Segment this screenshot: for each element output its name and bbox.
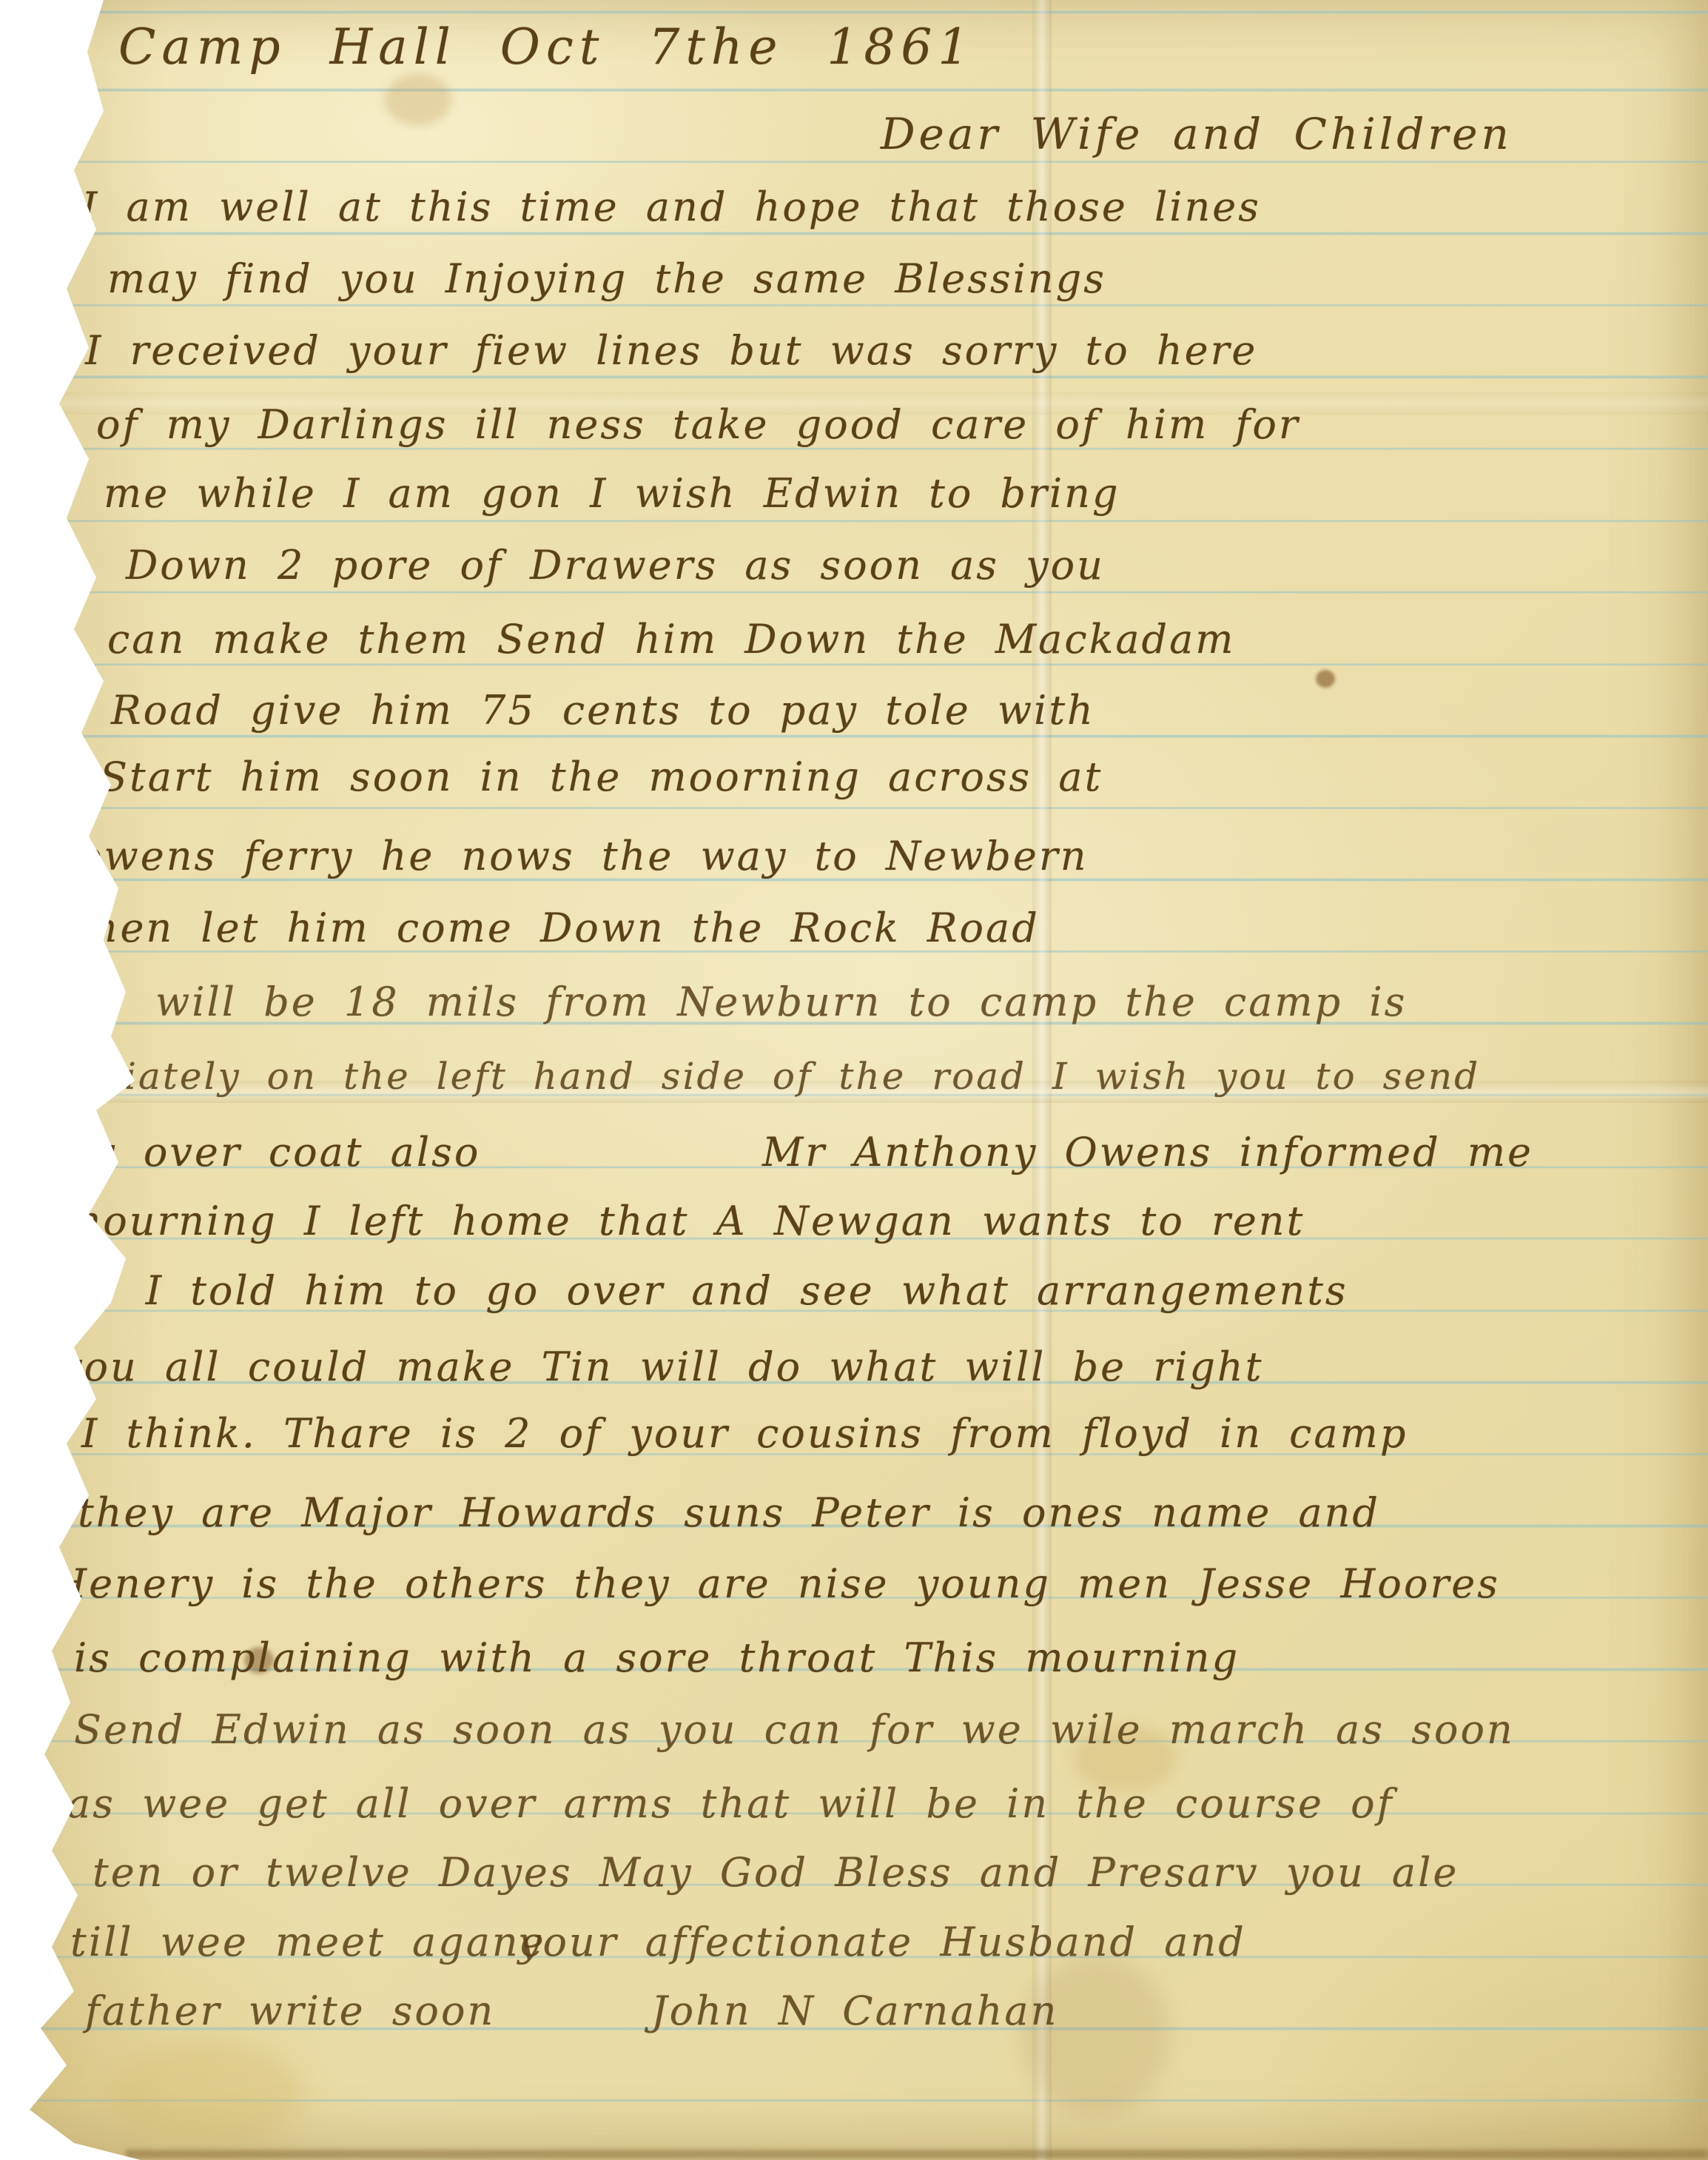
bottom-edge-shadow xyxy=(126,2150,1708,2159)
ink-blot xyxy=(1316,670,1335,688)
letter-line: owens ferry he nows the way to Newbern xyxy=(78,834,1088,878)
letter-line: then let him come Down the Rock Road xyxy=(74,906,1040,950)
letter-line: and I told him to go over and see what a… xyxy=(37,1269,1348,1312)
letter-line: Send Edwin as soon as you can for we wil… xyxy=(74,1708,1515,1751)
paper-sheet: Camp Hall Oct 7the 1861 Dear Wife and Ch… xyxy=(0,0,1708,2160)
scanned-letter-page: Camp Hall Oct 7the 1861 Dear Wife and Ch… xyxy=(0,0,1708,2160)
letter-line: can make them Send him Down the Mackadam xyxy=(107,617,1236,661)
letter-line: you all could make Tin will do what will… xyxy=(59,1345,1263,1389)
letter-line: I think. Thare is 2 of your cousins from… xyxy=(81,1412,1408,1455)
letter-line: me while I am gon I wish Edwin to bring xyxy=(104,472,1120,515)
letter-signoff: father write soon xyxy=(85,1989,495,2033)
stain xyxy=(385,74,451,126)
letter-closing-left: till wee meet agane xyxy=(70,1920,546,1964)
letter-line: is complaining with a sore throat This m… xyxy=(74,1636,1240,1680)
letter-line: Down 2 pore of Drawers as soon as you xyxy=(126,543,1105,587)
letter-line: will be 18 mils from Newburn to camp the… xyxy=(155,980,1407,1024)
letter-line: mourning I left home that A Newgan wants… xyxy=(63,1199,1305,1243)
letter-line: may find you Injoying the same Blessings xyxy=(107,257,1106,301)
letter-line: Henery is the others they are nise young… xyxy=(52,1562,1500,1606)
letter-line: I received your fiew lines but was sorry… xyxy=(85,329,1257,372)
letter-line: as wee get all over arms that will be in… xyxy=(67,1782,1394,1825)
letter-line: Start him soon in the moorning across at xyxy=(100,755,1103,799)
letter-line-anthony: Mr Anthony Owens informed me xyxy=(762,1130,1533,1174)
stain xyxy=(1021,1954,1169,2117)
letter-line: ten or twelve Dayes May God Bless and Pr… xyxy=(93,1851,1459,1894)
signature: John N Carnahan xyxy=(651,1989,1058,2033)
letter-line-overcoat: my over coat also xyxy=(52,1130,480,1174)
stain xyxy=(111,2043,303,2147)
letter-salutation: Dear Wife and Children xyxy=(881,111,1513,158)
letter-line: mediately on the left hand side of the r… xyxy=(37,1056,1480,1097)
letter-line: Road give him 75 cents to pay tole with xyxy=(111,688,1095,732)
letter-closing-right: your affectionate Husband and xyxy=(518,1920,1246,1964)
letter-line: they are Major Howards suns Peter is one… xyxy=(78,1491,1380,1535)
letter-heading: Camp Hall Oct 7the 1861 xyxy=(118,21,975,75)
letter-line: of my Darlings ill ness take good care o… xyxy=(96,403,1300,446)
letter-line: I am well at this time and hope that tho… xyxy=(81,185,1261,229)
